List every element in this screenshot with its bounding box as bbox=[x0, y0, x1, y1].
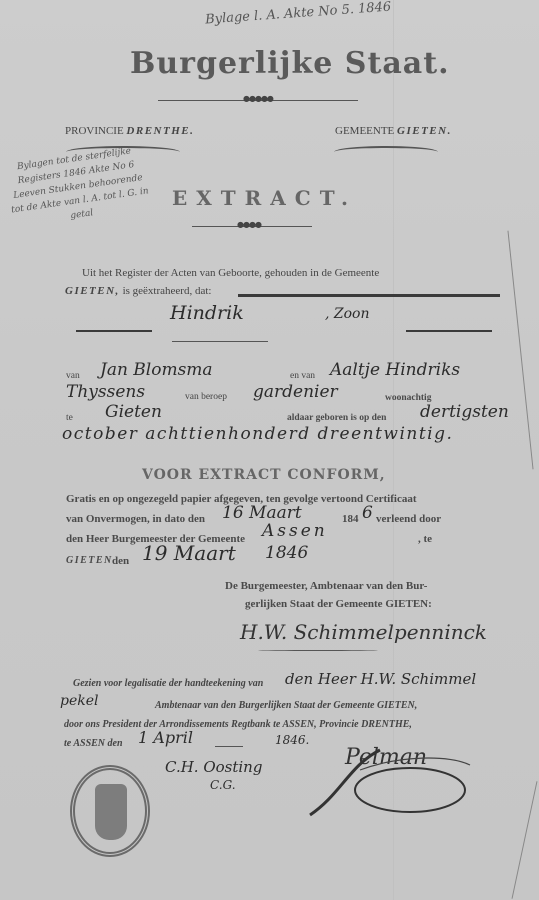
title-ornament-icon: ●●●●● bbox=[243, 94, 273, 103]
extract-heading: EXTRACT. bbox=[172, 186, 357, 210]
legalisation-line-3: door ons President der Arrondissements R… bbox=[64, 719, 412, 730]
extract-ornament-icon: ●●●● bbox=[237, 220, 261, 229]
document-page: Bylage l. A. Akte No 5. 1846 Burgerlijke… bbox=[0, 0, 539, 900]
birth-date-rest: october achttienhonderd dreentwintig. bbox=[62, 424, 453, 444]
legalisation-name: den Heer H.W. Schimmel bbox=[285, 670, 476, 688]
issuing-municipality: Assen bbox=[262, 521, 328, 541]
place-issued: GIETEN bbox=[66, 555, 113, 566]
mother-name: Aaltje Hindriks bbox=[330, 360, 460, 380]
profession: gardenier bbox=[253, 382, 338, 402]
intro-line-1: Uit het Register der Acten van Geboorte,… bbox=[82, 267, 379, 279]
edge-mark bbox=[507, 231, 533, 470]
fill-rule bbox=[406, 330, 492, 332]
issue-date: 19 Maart bbox=[142, 541, 236, 565]
municipality-heading: GEMEENTE GIETEN. bbox=[335, 125, 452, 137]
legalisation-line-4: te ASSEN den bbox=[64, 738, 123, 749]
document-title: Burgerlijke Staat. bbox=[130, 46, 450, 81]
father-label: van bbox=[66, 371, 80, 381]
mayor-title-line-2: gerlijken Staat der Gemeente GIETEN: bbox=[245, 598, 432, 610]
clerk-initials: C.G. bbox=[210, 778, 236, 792]
legalisation-name-continued: pekel bbox=[60, 693, 99, 709]
den-label: den bbox=[112, 555, 129, 567]
born-text: aldaar geboren is op den bbox=[287, 413, 386, 423]
legalisation-line-2: Ambtenaar van den Burgerlijken Staat der… bbox=[155, 700, 417, 711]
edge-mark bbox=[512, 781, 538, 899]
seal-crest-icon bbox=[95, 784, 127, 840]
father-name: Jan Blomsma bbox=[100, 360, 213, 380]
margin-annotation: Bylagen tot de sterfelijke Registers 184… bbox=[4, 143, 152, 232]
name-underline bbox=[172, 341, 268, 342]
fill-rule bbox=[76, 330, 152, 332]
province-name: DRENTHE. bbox=[126, 125, 194, 137]
clerk-signature: C.H. Oosting bbox=[165, 758, 262, 776]
residence-prefix: te bbox=[66, 413, 73, 423]
child-relation: , Zoon bbox=[325, 306, 370, 322]
mother-label: en van bbox=[290, 371, 315, 381]
issue-year: 1846 bbox=[265, 543, 308, 563]
court-seal bbox=[70, 765, 150, 857]
conform-heading: VOOR EXTRACT CONFORM, bbox=[142, 467, 386, 483]
certificate-date: 16 Maart bbox=[222, 503, 302, 523]
profession-label: van beroep bbox=[185, 392, 227, 402]
province-heading: PROVINCIE DRENTHE. bbox=[65, 125, 194, 137]
fill-rule bbox=[238, 294, 500, 297]
conform-line-2-end: verleend door bbox=[376, 513, 441, 525]
municipality-brace bbox=[334, 146, 438, 152]
mother-name-continued: Thyssens bbox=[66, 382, 145, 402]
residence: Gieten bbox=[105, 402, 162, 422]
mayor-signature: H.W. Schimmelpenninck bbox=[240, 620, 487, 644]
top-annotation: Bylage l. A. Akte No 5. 1846 bbox=[205, 0, 392, 27]
birth-date-day: dertigsten bbox=[420, 402, 509, 422]
legalisation-date: 1 April bbox=[138, 728, 193, 747]
president-signature-flourish bbox=[300, 735, 480, 825]
fill-rule bbox=[215, 746, 243, 747]
conform-line-3-end: , te bbox=[418, 533, 432, 545]
intro-line-2: GIETEN, is geëxtraheerd, dat: bbox=[65, 285, 211, 297]
certificate-year-digit: 6 bbox=[362, 503, 373, 523]
signature-flourish bbox=[258, 650, 378, 651]
legalisation-line-1: Gezien voor legalisatie der handteekenin… bbox=[73, 678, 263, 689]
municipality-name: GIETEN. bbox=[397, 125, 452, 137]
mayor-title-line-1: De Burgemeester, Ambtenaar van den Bur- bbox=[225, 580, 427, 592]
certificate-year-prefix: 184 bbox=[342, 513, 359, 525]
conform-line-2: van Onvermogen, in dato den bbox=[66, 513, 205, 525]
child-name: Hindrik bbox=[170, 302, 244, 324]
